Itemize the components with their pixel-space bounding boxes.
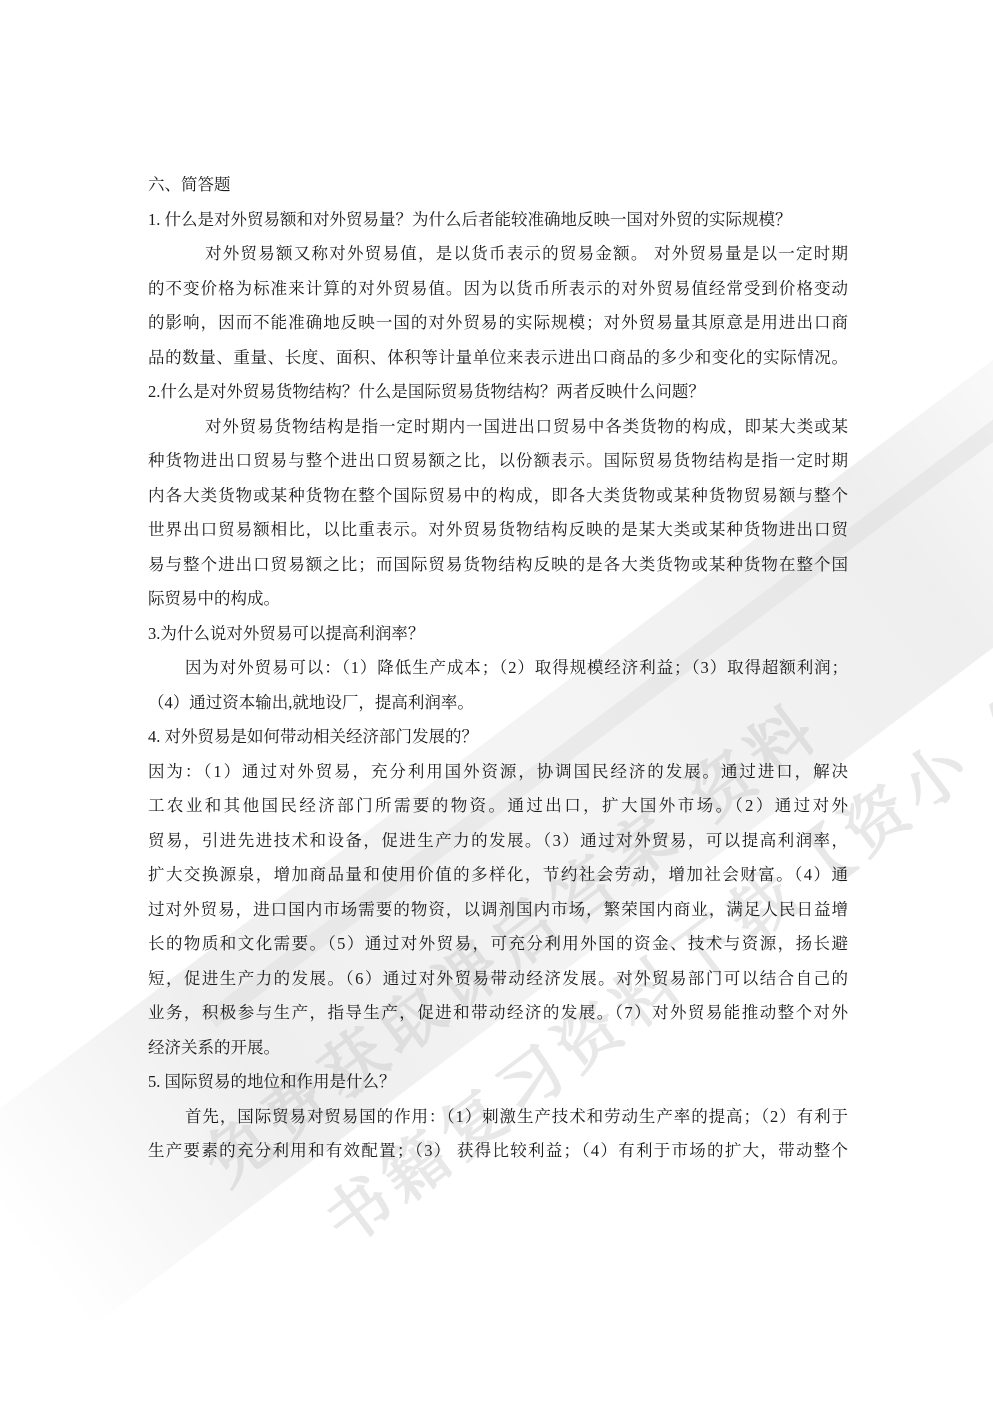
question-1: 1. 什么是对外贸易额和对外贸易量？为什么后者能较准确地反映一国对外贸的实际规模…	[148, 203, 848, 238]
answer-4-line: 扩大交换源泉，增加商品量和使用价值的多样化，节约社会劳动，增加社会财富。（4）通	[148, 858, 848, 893]
answer-1-line: 品的数量、重量、长度、面积、体积等计量单位来表示进出口商品的多少和变化的实际情况…	[148, 341, 848, 376]
document-body: 六、简答题 1. 什么是对外贸易额和对外贸易量？为什么后者能较准确地反映一国对外…	[148, 168, 848, 1169]
answer-4-line: 贸易，引进先进技术和设备，促进生产力的发展。（3）通过对外贸易，可以提高利润率，	[148, 824, 848, 859]
answer-4-line: 经济关系的开展。	[148, 1031, 848, 1066]
answer-4-line: 工农业和其他国民经济部门所需要的物资。通过出口，扩大国外市场。（2）通过对外	[148, 789, 848, 824]
answer-4-line: 过对外贸易，进口国内市场需要的物资，以调剂国内市场，繁荣国内商业，满足人民日益增	[148, 893, 848, 928]
answer-4-line: 业务，积极参与生产，指导生产，促进和带动经济的发展。（7）对外贸易能推动整个对外	[148, 996, 848, 1031]
answer-2-line: 际贸易中的构成。	[148, 582, 848, 617]
question-4: 4. 对外贸易是如何带动相关经济部门发展的？	[148, 720, 848, 755]
answer-5-line: 生产要素的充分利用和有效配置；（3） 获得比较利益；（4）有利于市场的扩大，带动…	[148, 1134, 848, 1169]
document-page: 免费获取课后答案 资料 书籍复习资料下载【资小 ADF 六、简答题 1. 什么是…	[0, 0, 993, 1404]
answer-1-line: 对外贸易额又称对外贸易值，是以货币表示的贸易金额。 对外贸易量是以一定时期	[148, 237, 848, 272]
answer-2-line: 内各大类货物或某种货物在整个国际贸易中的构成，即各大类货物或某种货物贸易额与整个	[148, 479, 848, 514]
answer-1-line: 的影响，因而不能准确地反映一国的对外贸易的实际规模；对外贸易量其原意是用进出口商	[148, 306, 848, 341]
answer-3-line: 因为对外贸易可以：（1）降低生产成本；（2）取得规模经济利益；（3）取得超额利润…	[148, 651, 848, 686]
answer-1-line: 的不变价格为标准来计算的对外贸易值。因为以货币所表示的对外贸易值经常受到价格变动	[148, 272, 848, 307]
section-title: 六、简答题	[148, 168, 848, 203]
question-3: 3.为什么说对外贸易可以提高利润率？	[148, 617, 848, 652]
answer-4-line: 长的物质和文化需要。（5）通过对外贸易，可充分利用外国的资金、技术与资源，扬长避	[148, 927, 848, 962]
answer-4-line: 因为：（1）通过对外贸易，充分利用国外资源，协调国民经济的发展。通过进口，解决	[148, 755, 848, 790]
answer-5-line: 首先，国际贸易对贸易国的作用：（1）刺激生产技术和劳动生产率的提高；（2）有利于	[148, 1100, 848, 1135]
question-2: 2.什么是对外贸易货物结构？什么是国际贸易货物结构？两者反映什么问题？	[148, 375, 848, 410]
answer-2-line: 易与整个进出口贸易额之比；而国际贸易货物结构反映的是各大类货物或某种货物在整个国	[148, 548, 848, 583]
answer-2-line: 对外贸易货物结构是指一定时期内一国进出口贸易中各类货物的构成，即某大类或某	[148, 410, 848, 445]
answer-3-line: （4）通过资本输出,就地设厂，提高利润率。	[148, 686, 848, 721]
answer-4-line: 短，促进生产力的发展。（6）通过对外贸易带动经济发展。对外贸易部门可以结合自己的	[148, 962, 848, 997]
answer-2-line: 世界出口贸易额相比，以比重表示。对外贸易货物结构反映的是某大类或某种货物进出口贸	[148, 513, 848, 548]
answer-2-line: 种货物进出口贸易与整个进出口贸易额之比，以份额表示。国际贸易货物结构是指一定时期	[148, 444, 848, 479]
question-5: 5. 国际贸易的地位和作用是什么？	[148, 1065, 848, 1100]
